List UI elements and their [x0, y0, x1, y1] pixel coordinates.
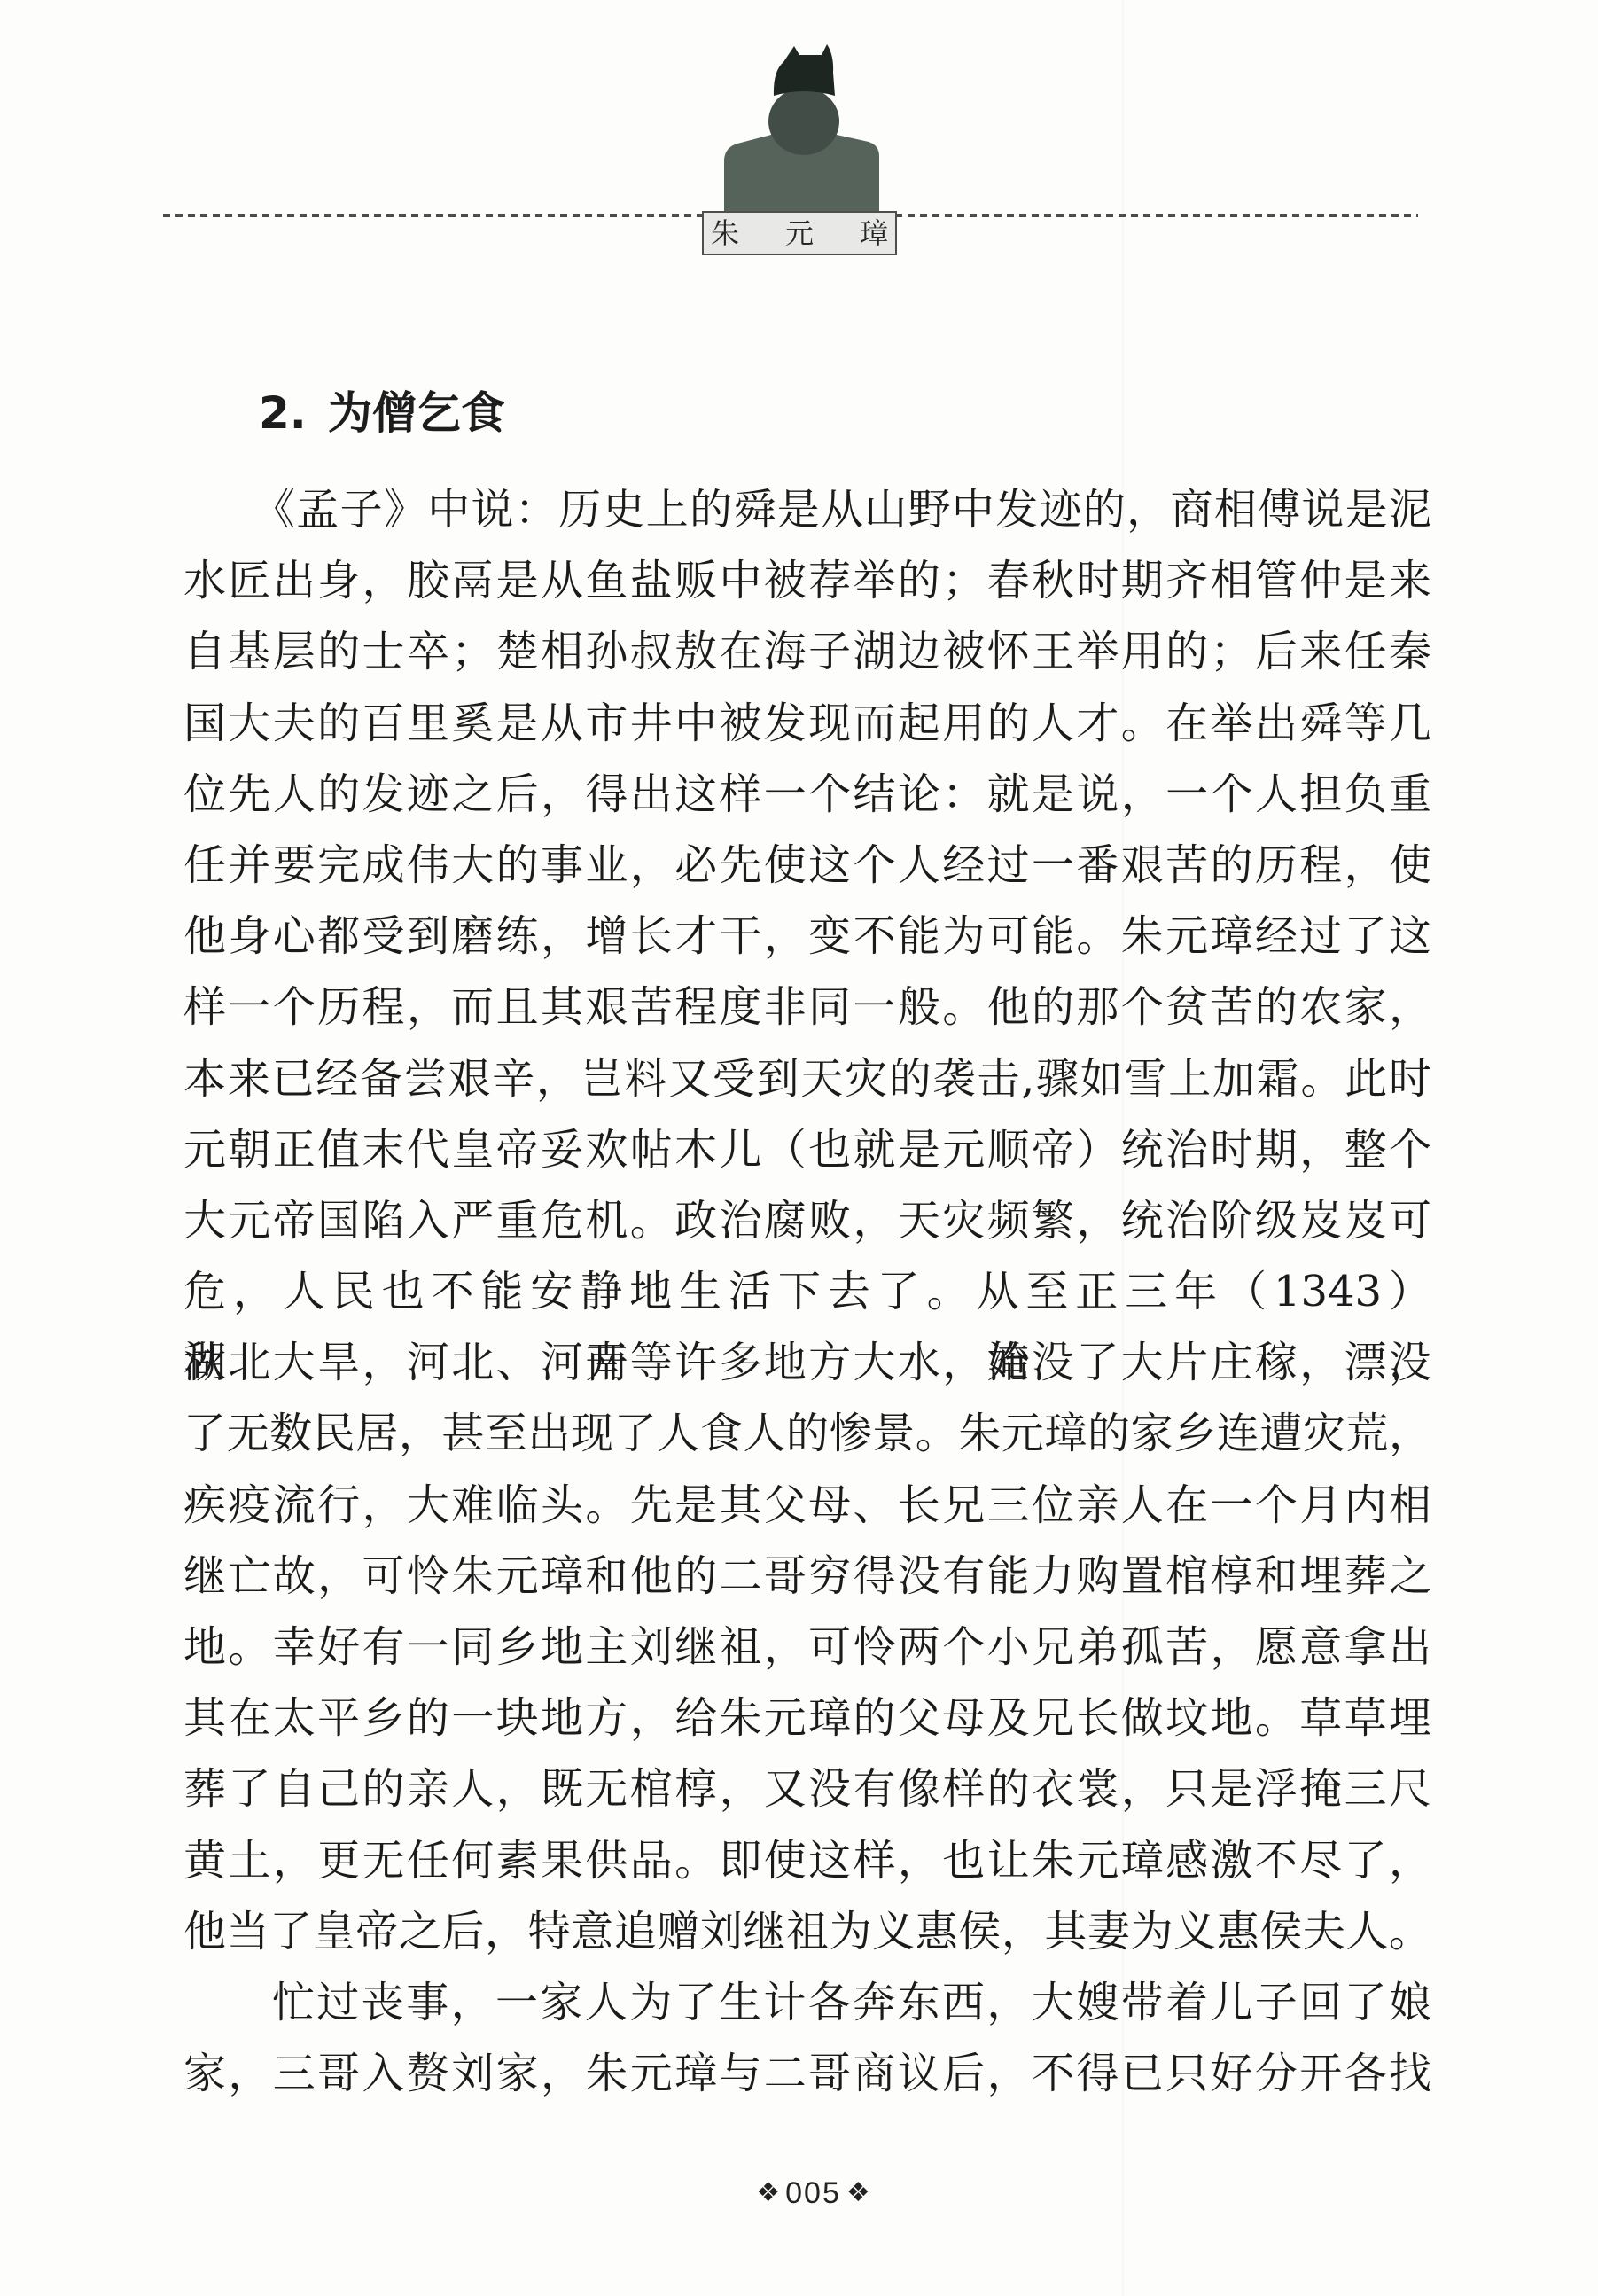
paragraph: 忙过丧事，一家人为了生计各奔东西，大嫂带着儿子回了娘 家，三哥入赘刘家，朱元璋与…: [183, 1967, 1431, 2109]
text-line: 疾疫流行，大难临头。先是其父母、长兄三位亲人在一个月内相: [183, 1470, 1431, 1541]
name-char: 元: [785, 219, 814, 247]
text-line: 继亡故，可怜朱元璋和他的二哥穷得没有能力购置棺椁和埋葬之: [183, 1541, 1431, 1612]
section-heading: 2.为僧乞食: [259, 387, 505, 440]
name-char: 朱: [711, 219, 739, 247]
page-number: 005: [785, 2178, 841, 2208]
text-line: 《孟子》中说：历史上的舜是从山野中发迹的，商相傅说是泥: [253, 474, 1431, 545]
ornament-icon: ❖: [756, 2180, 780, 2206]
ornament-icon: ❖: [846, 2180, 870, 2206]
text-line: 了无数民居，甚至出现了人食人的惨景。朱元璋的家乡连遭灾荒，: [183, 1398, 1431, 1469]
text-line: 国大夫的百里奚是从市井中被发现而起用的人才。在举出舜等几: [183, 688, 1431, 759]
text-line: 本来已经备尝艰辛，岂料又受到天灾的袭击,骤如雪上加霜。此时: [183, 1043, 1431, 1114]
text-line: 黄土，更无任何素果供品。即使这样，也让朱元璋感激不尽了，: [183, 1825, 1431, 1896]
portrait-hat: [774, 44, 835, 96]
text-line: 家，三哥入赘刘家，朱元璋与二哥商议后，不得已只好分开各找: [183, 2038, 1431, 2109]
text-line: 元朝正值末代皇帝妥欢帖木儿（也就是元顺帝）统治时期，整个: [183, 1114, 1431, 1185]
text-line: 忙过丧事，一家人为了生计各奔东西，大嫂带着儿子回了娘: [272, 1967, 1431, 2038]
paragraph: 《孟子》中说：历史上的舜是从山野中发迹的，商相傅说是泥 水匠出身，胶鬲是从鱼盐贩…: [183, 474, 1431, 1967]
text-line: 葬了自己的亲人，既无棺椁，又没有像样的衣裳，只是浮掩三尺: [183, 1753, 1431, 1824]
running-header-name-box: 朱 元 璋: [702, 211, 897, 255]
text-line: 他当了皇帝之后，特意追赠刘继祖为义惠侯，其妻为义惠侯夫人。: [183, 1896, 1431, 1967]
section-number: 2.: [259, 387, 328, 440]
section-title: 为僧乞食: [328, 387, 505, 439]
portrait-image: [718, 35, 886, 217]
page-footer: ❖ 005 ❖: [727, 2174, 900, 2213]
text-line: 样一个历程，而且其艰苦程度非同一般。他的那个贫苦的农家，: [183, 972, 1431, 1043]
text-line: 任并要完成伟大的事业，必先使这个人经过一番艰苦的历程，使: [183, 830, 1431, 901]
text-line: 湖北大旱，河北、河南等许多地方大水，淹没了大片庄稼，漂没: [183, 1327, 1431, 1398]
body-text: 《孟子》中说：历史上的舜是从山野中发迹的，商相傅说是泥 水匠出身，胶鬲是从鱼盐贩…: [183, 474, 1431, 2109]
text-line: 水匠出身，胶鬲是从鱼盐贩中被荐举的；春秋时期齐相管仲是来: [183, 545, 1431, 616]
text-line: 地。幸好有一同乡地主刘继祖，可怜两个小兄弟孤苦，愿意拿出: [183, 1612, 1431, 1683]
text-line: 大元帝国陷入严重危机。政治腐败，天灾频繁，统治阶级岌岌可: [183, 1185, 1431, 1256]
text-line: 他身心都受到磨练，增长才干，变不能为可能。朱元璋经过了这: [183, 901, 1431, 972]
portrait-face: [768, 88, 839, 155]
text-line: 位先人的发迹之后，得出这样一个结论：就是说，一个人担负重: [183, 759, 1431, 830]
text-line: 自基层的士卒；楚相孙叔敖在海子湖边被怀王举用的；后来任秦: [183, 616, 1431, 687]
text-line: 其在太平乡的一块地方，给朱元璋的父母及兄长做坟地。草草埋: [183, 1683, 1431, 1753]
text-line: 危，人民也不能安静地生活下去了。从至正三年（1343）秋开始，: [183, 1256, 1431, 1327]
name-char: 璋: [860, 219, 888, 247]
